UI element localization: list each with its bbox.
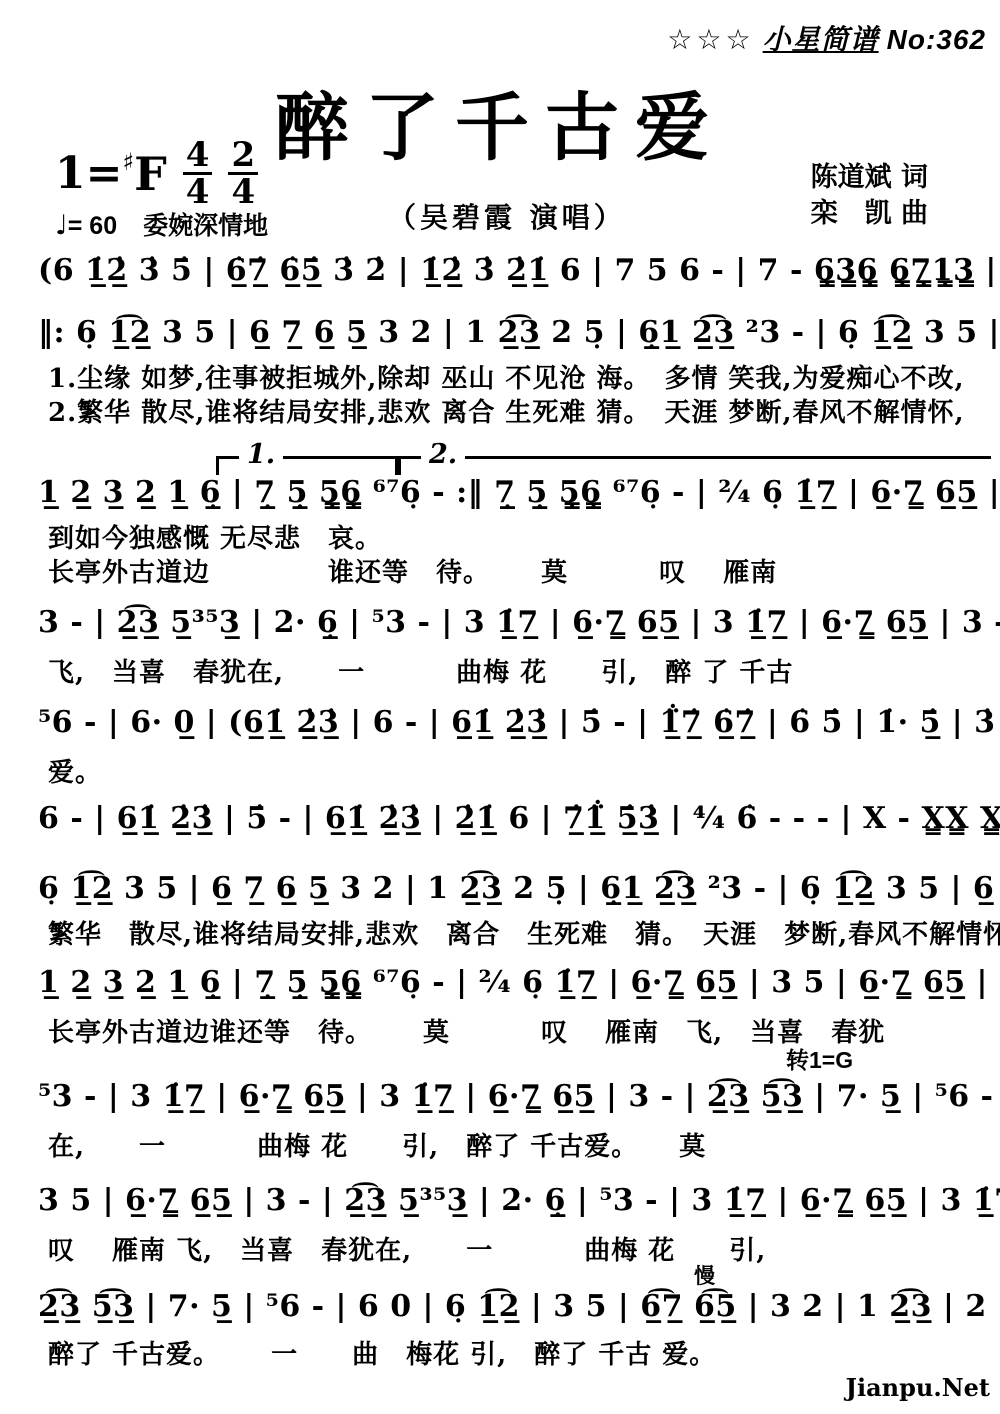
key-tonic: F	[134, 147, 167, 201]
volta-2-label: 2.	[421, 441, 465, 468]
stars-icon: ☆☆☆	[667, 24, 754, 55]
notation-line-2: 1̲ 2̲ 3̲ 2̲ 1̲ 6̣̲ | 7̣̲ 5̣̲ 5̣̳6̣̳ ⁶⁷6̣…	[38, 474, 990, 512]
lyrics-line-4: 爱。	[48, 752, 988, 789]
notation-line-8: ⁵3 - | 3 1̲̇7̲ | 6̲·7̳ 6̲5̲ | 3 1̲̇7̲ | …	[38, 1078, 990, 1116]
performer: （吴碧霞 演唱）	[388, 196, 626, 236]
notation-line-3: 3 - | 2̲͡3̲ 5̲³⁵3̲ | 2· 6̣̲ | ⁵3 - | 3 1…	[38, 604, 990, 642]
key-signature: 1=♯F 4 4 2 4	[55, 138, 258, 209]
notation-line-1: ‖: 6̣ 1̲͡2̲ 3 5 | 6̲ 7̲ 6̲ 5̲ 3 2 | 1 2̲…	[38, 314, 990, 352]
lyrics-line-9: 叹 雁南 飞, 当喜 春犹在, 一 曲梅 花 引,	[48, 1230, 988, 1267]
expression-text: 委婉深情地	[143, 212, 268, 240]
site-watermark: Jianpu.Net	[846, 1373, 990, 1402]
ts44-num: 4	[183, 138, 213, 172]
notation-line-10: 2̲͡3̲ 5̲͡3̲ | 7· 5̲ | ⁵6 - | 6 0 | 6̣ 1̲…	[38, 1288, 990, 1326]
modulation-label: 转1=G	[786, 1042, 853, 1075]
sheet-number: No:362	[887, 24, 986, 55]
lyrics-line-3: 飞, 当喜 春犹在, 一 曲梅 花 引, 醉 了 千古	[48, 652, 988, 689]
quarter-note-icon: ♩	[55, 210, 68, 241]
credits: 陈道斌 词 栾 凯 曲	[688, 160, 928, 233]
notation-line-5: 6 - | 6̲1̲̇ 2̲̇3̲̇ | 5̇ - | 6̲1̲̇ 2̲̇3̲̇…	[38, 800, 990, 838]
volta-bracket-2: 2.	[398, 456, 991, 475]
lyrics-verse2: 2.繁华 散尽,谁将结局安排,悲欢 离合 生死难 猜。 天涯 梦断,春风不解情怀…	[48, 392, 988, 429]
lyrics-line-2a: 到如今独感慨 无尽悲 哀。	[48, 518, 988, 555]
time-signature-24: 2 4	[228, 138, 258, 209]
lyrics-line-10: 醉了 千古爱。 一 曲 梅花 引, 醉了 千古 爱。	[48, 1334, 988, 1371]
publisher-header: ☆☆☆小星简谱No:362	[667, 18, 986, 58]
volta-bracket-1: 1.	[216, 456, 398, 475]
tempo-marking: ♩= 60委婉深情地	[55, 206, 268, 242]
composer: 栾 凯 曲	[688, 196, 928, 232]
notation-line-6: 6̣ 1̲͡2̲ 3 5 | 6̲ 7̲ 6̲ 5̲ 3 2 | 1 2̲͡3̲…	[38, 870, 990, 908]
volta-1-label: 1.	[239, 441, 283, 468]
lyrics-line-6: 繁华 散尽,谁将结局安排,悲欢 离合 生死难 猜。 天涯 梦断,春风不解情怀,	[48, 914, 988, 951]
notation-line-9: 3 5 | 6̲·7̳ 6̲5̲ | 3 - | 2̲͡3̲ 5̲³⁵3̲ | …	[38, 1182, 990, 1220]
tempo-value: = 60	[68, 212, 117, 240]
notation-line-4: ⁵6 - | 6· 0̲ | (6̲1̲̇ 2̲̇3̲̇ | 6 - | 6̲1…	[38, 704, 990, 742]
notation-line-7: 1̲ 2̲ 3̲ 2̲ 1̲ 6̣̲ | 7̣̲ 5̣̲ 5̣̳6̣̳ ⁶⁷6̣…	[38, 964, 990, 1002]
lyricist: 陈道斌 词	[688, 160, 928, 196]
lyrics-line-8: 在, 一 曲梅 花 引, 醉了 千古爱。 莫	[48, 1126, 988, 1163]
time-signature-44: 4 4	[183, 138, 213, 209]
sharp-icon: ♯	[122, 148, 134, 176]
slow-tempo-label: 慢	[694, 1260, 715, 1290]
sheet-music-page: ☆☆☆小星简谱No:362 醉了千古爱 （吴碧霞 演唱） 陈道斌 词 栾 凯 曲…	[0, 0, 1000, 1414]
publisher-series: 小星简谱	[763, 24, 879, 55]
ts44-den: 4	[183, 172, 213, 209]
lyrics-verse1: 1.尘缘 如梦,往事被拒城外,除却 巫山 不见沧 海。 多情 笑我,为爱痴心不改…	[48, 358, 988, 395]
ts24-num: 2	[228, 138, 258, 172]
notation-line-intro: (6 1̲̇2̲̇ 3̇ 5̇ | 6̲̇7̲̇ 6̲̇5̲̇ 3̇ 2̇ | …	[38, 252, 990, 290]
ts24-den: 4	[228, 172, 258, 209]
lyrics-line-2b: 长亭外古道边 谁还等 待。 莫 叹 雁南	[48, 552, 988, 589]
key-prefix: 1=	[55, 148, 122, 199]
